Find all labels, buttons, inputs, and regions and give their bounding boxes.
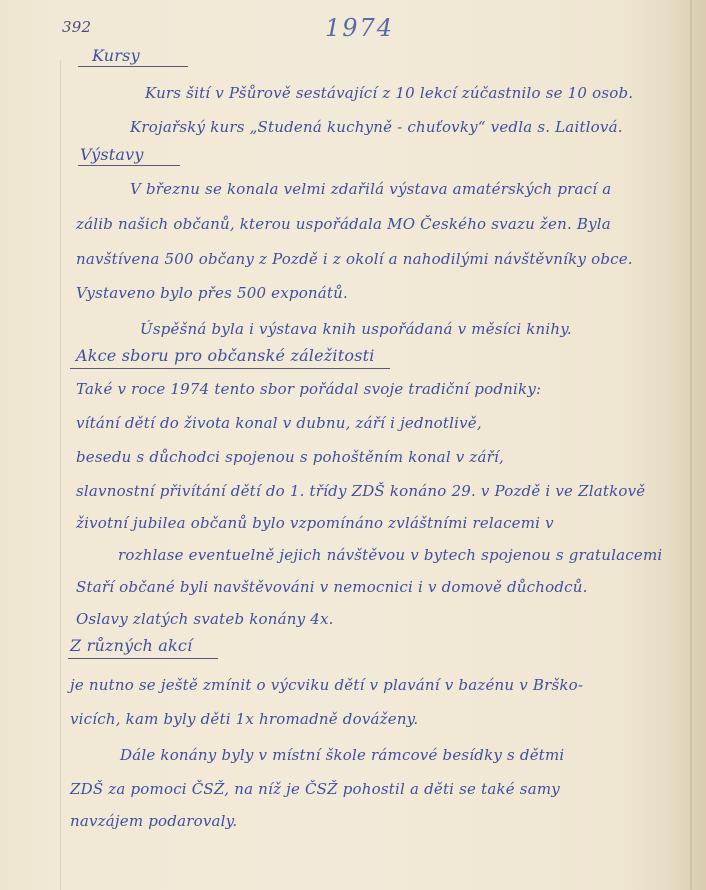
text-line: životní jubilea občanů bylo vzpomínáno z… [76, 514, 554, 532]
text-line: Vystaveno bylo přes 500 exponátů. [76, 284, 348, 302]
text-line: rozhlase eventuelně jejich návštěvou v b… [118, 546, 662, 564]
text-line: navzájem podarovaly. [70, 812, 237, 830]
text-line: vítání dětí do života konal v dubnu, zář… [76, 414, 482, 432]
text-line: je nutno se ještě zmínit o výcviku dětí … [70, 676, 583, 694]
text-line: slavnostní přivítání dětí do 1. třídy ZD… [76, 482, 645, 500]
section-heading-vystavy: Výstavy [80, 145, 144, 166]
text-line: vicích, kam byly děti 1x hromadně dováže… [70, 710, 418, 728]
heading-underline [78, 165, 180, 166]
margin-line [60, 60, 61, 890]
text-line: Úspěšná byla i výstava knih uspořádaná v… [140, 320, 572, 338]
text-line: zálib našich občanů, kterou uspořádala M… [76, 215, 611, 233]
text-line: V březnu se konala velmi zdařilá výstava… [130, 180, 611, 198]
page-number: 392 [62, 18, 91, 36]
text-line: ZDŠ za pomoci ČSŽ, na níž je ČSŽ pohosti… [70, 780, 560, 798]
year-heading: 1974 [325, 14, 394, 42]
text-line: besedu s důchodci spojenou s pohoštěním … [76, 448, 504, 466]
section-heading-ruzne: Z různých akcí [70, 636, 192, 657]
text-line: Také v roce 1974 tento sbor pořádal svoj… [76, 380, 541, 398]
text-line: Oslavy zlatých svateb konány 4x. [76, 610, 334, 628]
section-heading-sbor: Akce sboru pro občanské záležitosti [76, 346, 375, 367]
page-fold [690, 0, 692, 890]
heading-underline [70, 368, 390, 369]
handwritten-chronicle-page: 392 1974 Kursy Kurs šití v Pšůrově sestá… [0, 0, 706, 890]
section-heading-kurzy: Kursy [92, 46, 140, 67]
heading-underline [68, 658, 218, 659]
text-line: Kurs šití v Pšůrově sestávající z 10 lek… [145, 84, 633, 102]
text-line: Staří občané byli navštěvováni v nemocni… [76, 578, 588, 596]
text-line: Krojařský kurs „Studená kuchyně - chuťov… [130, 118, 623, 136]
heading-underline [78, 66, 188, 67]
text-line: navštívena 500 občany z Pozdě i z okolí … [76, 250, 633, 268]
text-line: Dále konány byly v místní škole rámcové … [120, 746, 564, 764]
